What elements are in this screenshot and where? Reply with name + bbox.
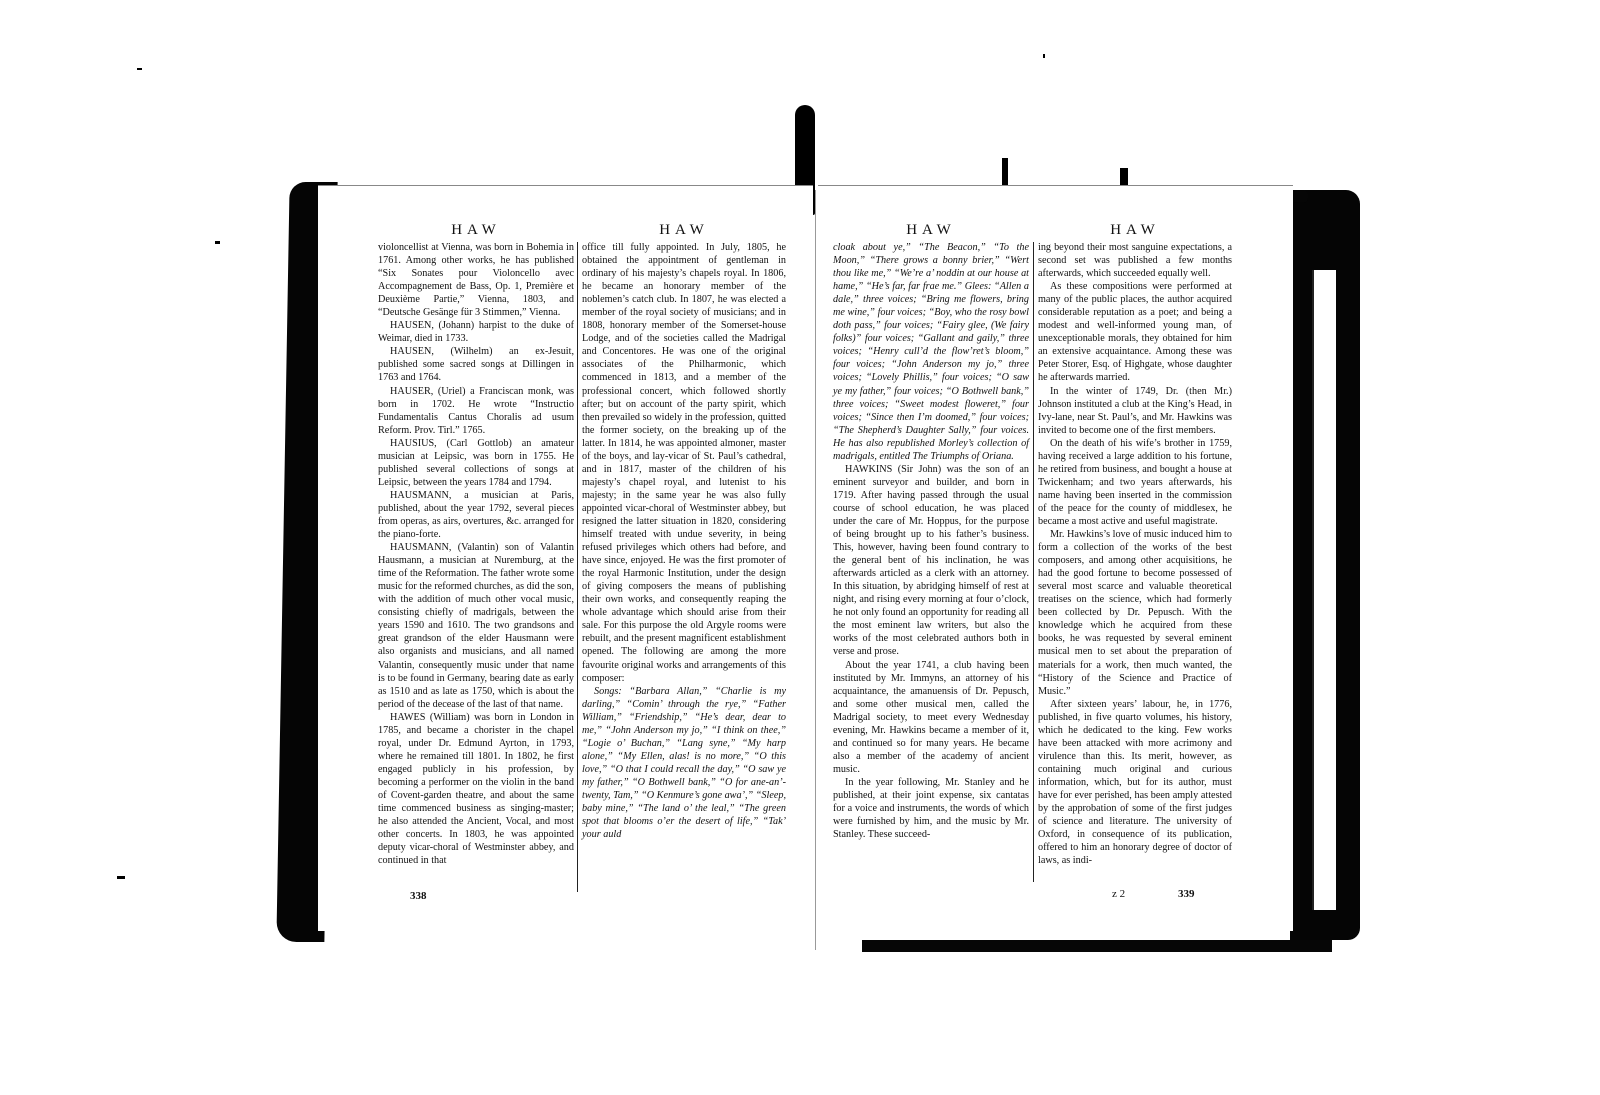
entry-hawes-william: HAWES (William) was born in London in 17…	[378, 711, 574, 868]
entry-hausius: HAUSIUS, (Carl Gottlob) an amateur music…	[378, 437, 574, 489]
entry-hauser-uriel: HAUSER, (Uriel) a Franciscan monk, was b…	[378, 385, 574, 437]
entry-hausen-johann: HAUSEN, (Johann) harpist to the duke of …	[378, 319, 574, 345]
running-head: HAW	[1038, 222, 1232, 238]
paragraph: About the year 1741, a club having been …	[833, 659, 1029, 776]
column-rule-right-page	[1033, 242, 1034, 882]
paragraph: On the death of his wife’s brother in 17…	[1038, 437, 1232, 528]
signature-mark: z 2	[1112, 888, 1125, 900]
entry-hawkins-john: HAWKINS (Sir John) was the son of an emi…	[833, 463, 1029, 659]
scan-speck	[137, 68, 142, 70]
paragraph: office till fully appointed. In July, 18…	[582, 241, 786, 685]
book-gutter	[815, 190, 816, 950]
paragraph: As these compositions were performed at …	[1038, 280, 1232, 384]
songs-list: Songs: “Barbara Allan,” “Charlie is my d…	[582, 685, 786, 842]
running-head: HAW	[833, 222, 1029, 238]
entry-hausmann: HAUSMANN, a musician at Paris, published…	[378, 489, 574, 541]
left-page-column-2: HAW office till fully appointed. In July…	[582, 222, 786, 841]
page-number-right: 339	[1178, 888, 1195, 900]
entry-hausmann-valantin: HAUSMANN, (Valantin) son of Valantin Hau…	[378, 541, 574, 711]
book-bottom-edge	[862, 940, 1332, 952]
glees-list: cloak about ye,” “The Beacon,” “To the M…	[833, 241, 1029, 463]
paragraph: ing beyond their most sanguine expectati…	[1038, 241, 1232, 280]
paragraph: violoncellist at Vienna, was born in Boh…	[378, 241, 574, 319]
paragraph: In the year following, Mr. Stanley and h…	[833, 776, 1029, 841]
right-page-column-1: HAW cloak about ye,” “The Beacon,” “To t…	[833, 222, 1029, 841]
entry-hausen-wilhelm: HAUSEN, (Wilhelm) an ex-Jesuit, publishe…	[378, 345, 574, 384]
scan-speck	[1043, 54, 1045, 58]
running-head: HAW	[378, 222, 574, 238]
right-page-fore-edge	[1312, 270, 1336, 910]
page-number-left: 338	[410, 890, 427, 902]
scan-speck	[215, 241, 220, 244]
paragraph: After sixteen years’ labour, he, in 1776…	[1038, 698, 1232, 868]
running-head: HAW	[582, 222, 786, 238]
left-page-column-1: HAW violoncellist at Vienna, was born in…	[378, 222, 574, 867]
right-page-column-2: HAW ing beyond their most sanguine expec…	[1038, 222, 1232, 867]
column-rule-left-page	[577, 242, 578, 892]
paragraph: In the winter of 1749, Dr. (then Mr.) Jo…	[1038, 385, 1232, 437]
paragraph: Mr. Hawkins’s love of music induced him …	[1038, 528, 1232, 698]
scan-speck	[117, 876, 125, 879]
